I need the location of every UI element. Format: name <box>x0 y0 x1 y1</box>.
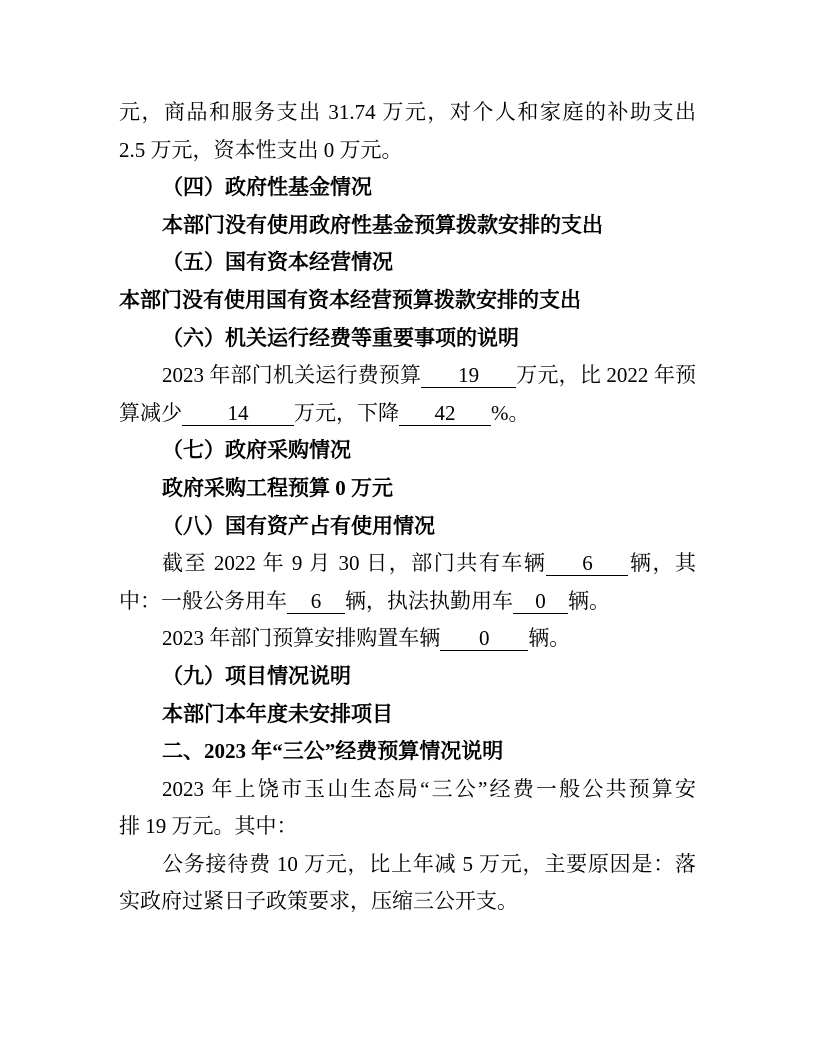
text-run: 2023 年上饶市玉山生态局“三公”经费一般公共预算安 <box>162 777 696 801</box>
fill-in-blank-value: 6 <box>287 589 345 614</box>
text-run: （五）国有资本经营情况 <box>162 250 393 274</box>
para-section-5-no-state-capital: 本部门没有使用国有资本经营预算拨款安排的支出 <box>119 282 696 320</box>
text-run: 2023 年部门机关运行费预算 <box>162 363 421 387</box>
heading-part-2-three-public-funds: 二、2023 年“三公”经费预算情况说明 <box>119 733 696 771</box>
fill-in-blank-value: 6 <box>546 551 628 576</box>
text-run: 2023 年部门预算安排购置车辆 <box>162 626 440 650</box>
para-part-2-intro-line-2: 排 19 万元。其中： <box>119 808 696 846</box>
para-section-4-no-gov-fund: 本部门没有使用政府性基金预算拨款安排的支出 <box>119 207 696 245</box>
text-run: （四）政府性基金情况 <box>162 175 372 199</box>
document-body: 元，商品和服务支出 31.74 万元，对个人和家庭的补助支出2.5 万元，资本性… <box>119 94 696 921</box>
heading-section-6: （六）机关运行经费等重要事项的说明 <box>119 320 696 358</box>
heading-section-8: （八）国有资产占有使用情况 <box>119 508 696 546</box>
text-run: 本部门没有使用政府性基金预算拨款安排的支出 <box>162 213 603 237</box>
text-run: （六）机关运行经费等重要事项的说明 <box>162 326 519 350</box>
text-run: 政府采购工程预算 0 万元 <box>162 476 393 500</box>
fill-in-blank-value: 19 <box>421 363 516 388</box>
fill-in-blank-value: 0 <box>440 626 528 651</box>
para-basic-expenditure-continuation-1: 元，商品和服务支出 31.74 万元，对个人和家庭的补助支出 <box>119 94 696 132</box>
fill-in-blank-value: 14 <box>182 401 294 426</box>
para-section-7-procurement: 政府采购工程预算 0 万元 <box>119 470 696 508</box>
text-run: 中：一般公务用车 <box>119 589 287 613</box>
heading-section-7: （七）政府采购情况 <box>119 432 696 470</box>
para-official-reception-line-1: 公务接待费 10 万元，比上年减 5 万元，主要原因是：落 <box>119 846 696 884</box>
heading-section-4: （四）政府性基金情况 <box>119 169 696 207</box>
para-section-8-vehicles-line-2: 中：一般公务用车6辆，执法执勤用车0辆。 <box>119 583 696 621</box>
text-run: 2.5 万元，资本性支出 0 万元。 <box>119 138 403 162</box>
text-run: 辆。 <box>568 589 610 613</box>
text-run: 本部门没有使用国有资本经营预算拨款安排的支出 <box>119 288 581 312</box>
text-run: 公务接待费 10 万元，比上年减 5 万元，主要原因是：落 <box>162 852 696 876</box>
text-run: （八）国有资产占有使用情况 <box>162 514 435 538</box>
text-run: 排 19 万元。其中： <box>119 814 298 838</box>
fill-in-blank-value: 42 <box>399 401 491 426</box>
text-run: 截至 2022 年 9 月 30 日，部门共有车辆 <box>162 551 546 575</box>
para-section-8-vehicles-line-1: 截至 2022 年 9 月 30 日，部门共有车辆6辆，其 <box>119 545 696 583</box>
text-run: 辆，其 <box>628 551 696 575</box>
text-run: 万元，下降 <box>294 401 399 425</box>
fill-in-blank-value: 0 <box>513 589 568 614</box>
text-run: 万元，比 2022 年预 <box>516 363 696 387</box>
text-run: %。 <box>491 401 530 425</box>
para-section-9-no-projects: 本部门本年度未安排项目 <box>119 696 696 734</box>
text-run: 二、2023 年“三公”经费预算情况说明 <box>162 739 503 763</box>
para-part-2-intro-line-1: 2023 年上饶市玉山生态局“三公”经费一般公共预算安 <box>119 771 696 809</box>
text-run: 元，商品和服务支出 31.74 万元，对个人和家庭的补助支出 <box>119 100 696 124</box>
text-run: 实政府过紧日子政策要求，压缩三公开支。 <box>119 889 518 913</box>
heading-section-9: （九）项目情况说明 <box>119 658 696 696</box>
text-run: （七）政府采购情况 <box>162 438 351 462</box>
document-page: 元，商品和服务支出 31.74 万元，对个人和家庭的补助支出2.5 万元，资本性… <box>0 0 815 1055</box>
para-section-6-operating-cost-line-1: 2023 年部门机关运行费预算19万元，比 2022 年预 <box>119 357 696 395</box>
heading-section-5: （五）国有资本经营情况 <box>119 244 696 282</box>
para-section-8-vehicles-line-3: 2023 年部门预算安排购置车辆0辆。 <box>119 620 696 658</box>
para-basic-expenditure-continuation-2: 2.5 万元，资本性支出 0 万元。 <box>119 132 696 170</box>
para-official-reception-line-2: 实政府过紧日子政策要求，压缩三公开支。 <box>119 883 696 921</box>
text-run: （九）项目情况说明 <box>162 664 351 688</box>
text-run: 辆，执法执勤用车 <box>345 589 513 613</box>
para-section-6-operating-cost-line-2: 算减少14万元，下降42%。 <box>119 395 696 433</box>
text-run: 本部门本年度未安排项目 <box>162 702 393 726</box>
text-run: 辆。 <box>528 626 570 650</box>
text-run: 算减少 <box>119 401 182 425</box>
